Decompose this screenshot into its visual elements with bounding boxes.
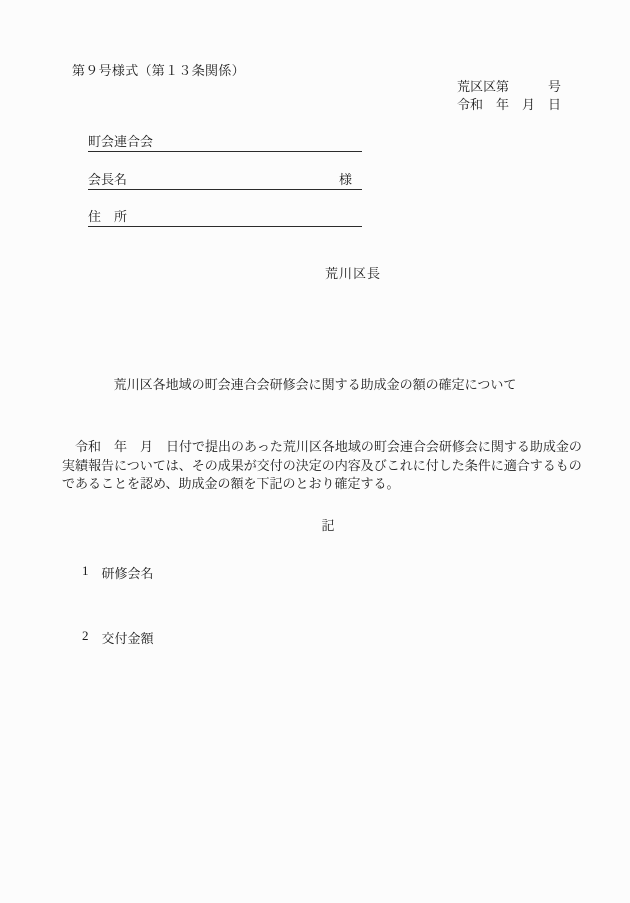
item-2-label: 交付金額 <box>102 628 154 647</box>
recipient-chairman-row: 会長名 様 <box>88 170 362 190</box>
address-label: 住 所 <box>88 207 127 226</box>
body-line-3: であることを認め、助成金の額を下記のとおり確定する。 <box>62 475 567 494</box>
item-2-number: 2 <box>82 628 89 647</box>
reference-block: 荒区区第 号 令和 年 月 日 <box>457 78 561 113</box>
sender-title: 荒川区長 <box>325 263 381 282</box>
record-marker: 記 <box>13 515 630 534</box>
form-number: 第９号様式（第１３条関係） <box>72 60 245 79</box>
honorific-sama: 様 <box>339 170 352 189</box>
document-title: 荒川区各地域の町会連合会研修会に関する助成金の額の確定について <box>0 374 630 393</box>
list-item-grant-amount: 2 交付金額 <box>82 628 154 647</box>
chairman-label: 会長名 <box>88 170 127 189</box>
document-page: 第９号様式（第１３条関係） 荒区区第 号 令和 年 月 日 町会連合会 会長名 … <box>0 0 630 903</box>
recipient-federation-row: 町会連合会 <box>88 132 362 152</box>
item-1-number: 1 <box>82 563 89 582</box>
federation-label: 町会連合会 <box>88 132 153 151</box>
body-line-2: 実績報告については、その成果が交付の決定の内容及びこれに付した条件に適合するもの <box>62 457 567 476</box>
recipient-address-row: 住 所 <box>88 207 362 227</box>
body-line-1: 令和 年 月 日付で提出のあった荒川区各地域の町会連合会研修会に関する助成金の <box>62 438 567 457</box>
document-number: 荒区区第 号 <box>457 78 561 96</box>
date-line: 令和 年 月 日 <box>457 96 561 114</box>
body-paragraph: 令和 年 月 日付で提出のあった荒川区各地域の町会連合会研修会に関する助成金の … <box>62 438 567 494</box>
item-1-label: 研修会名 <box>102 563 154 582</box>
list-item-training-name: 1 研修会名 <box>82 563 154 582</box>
